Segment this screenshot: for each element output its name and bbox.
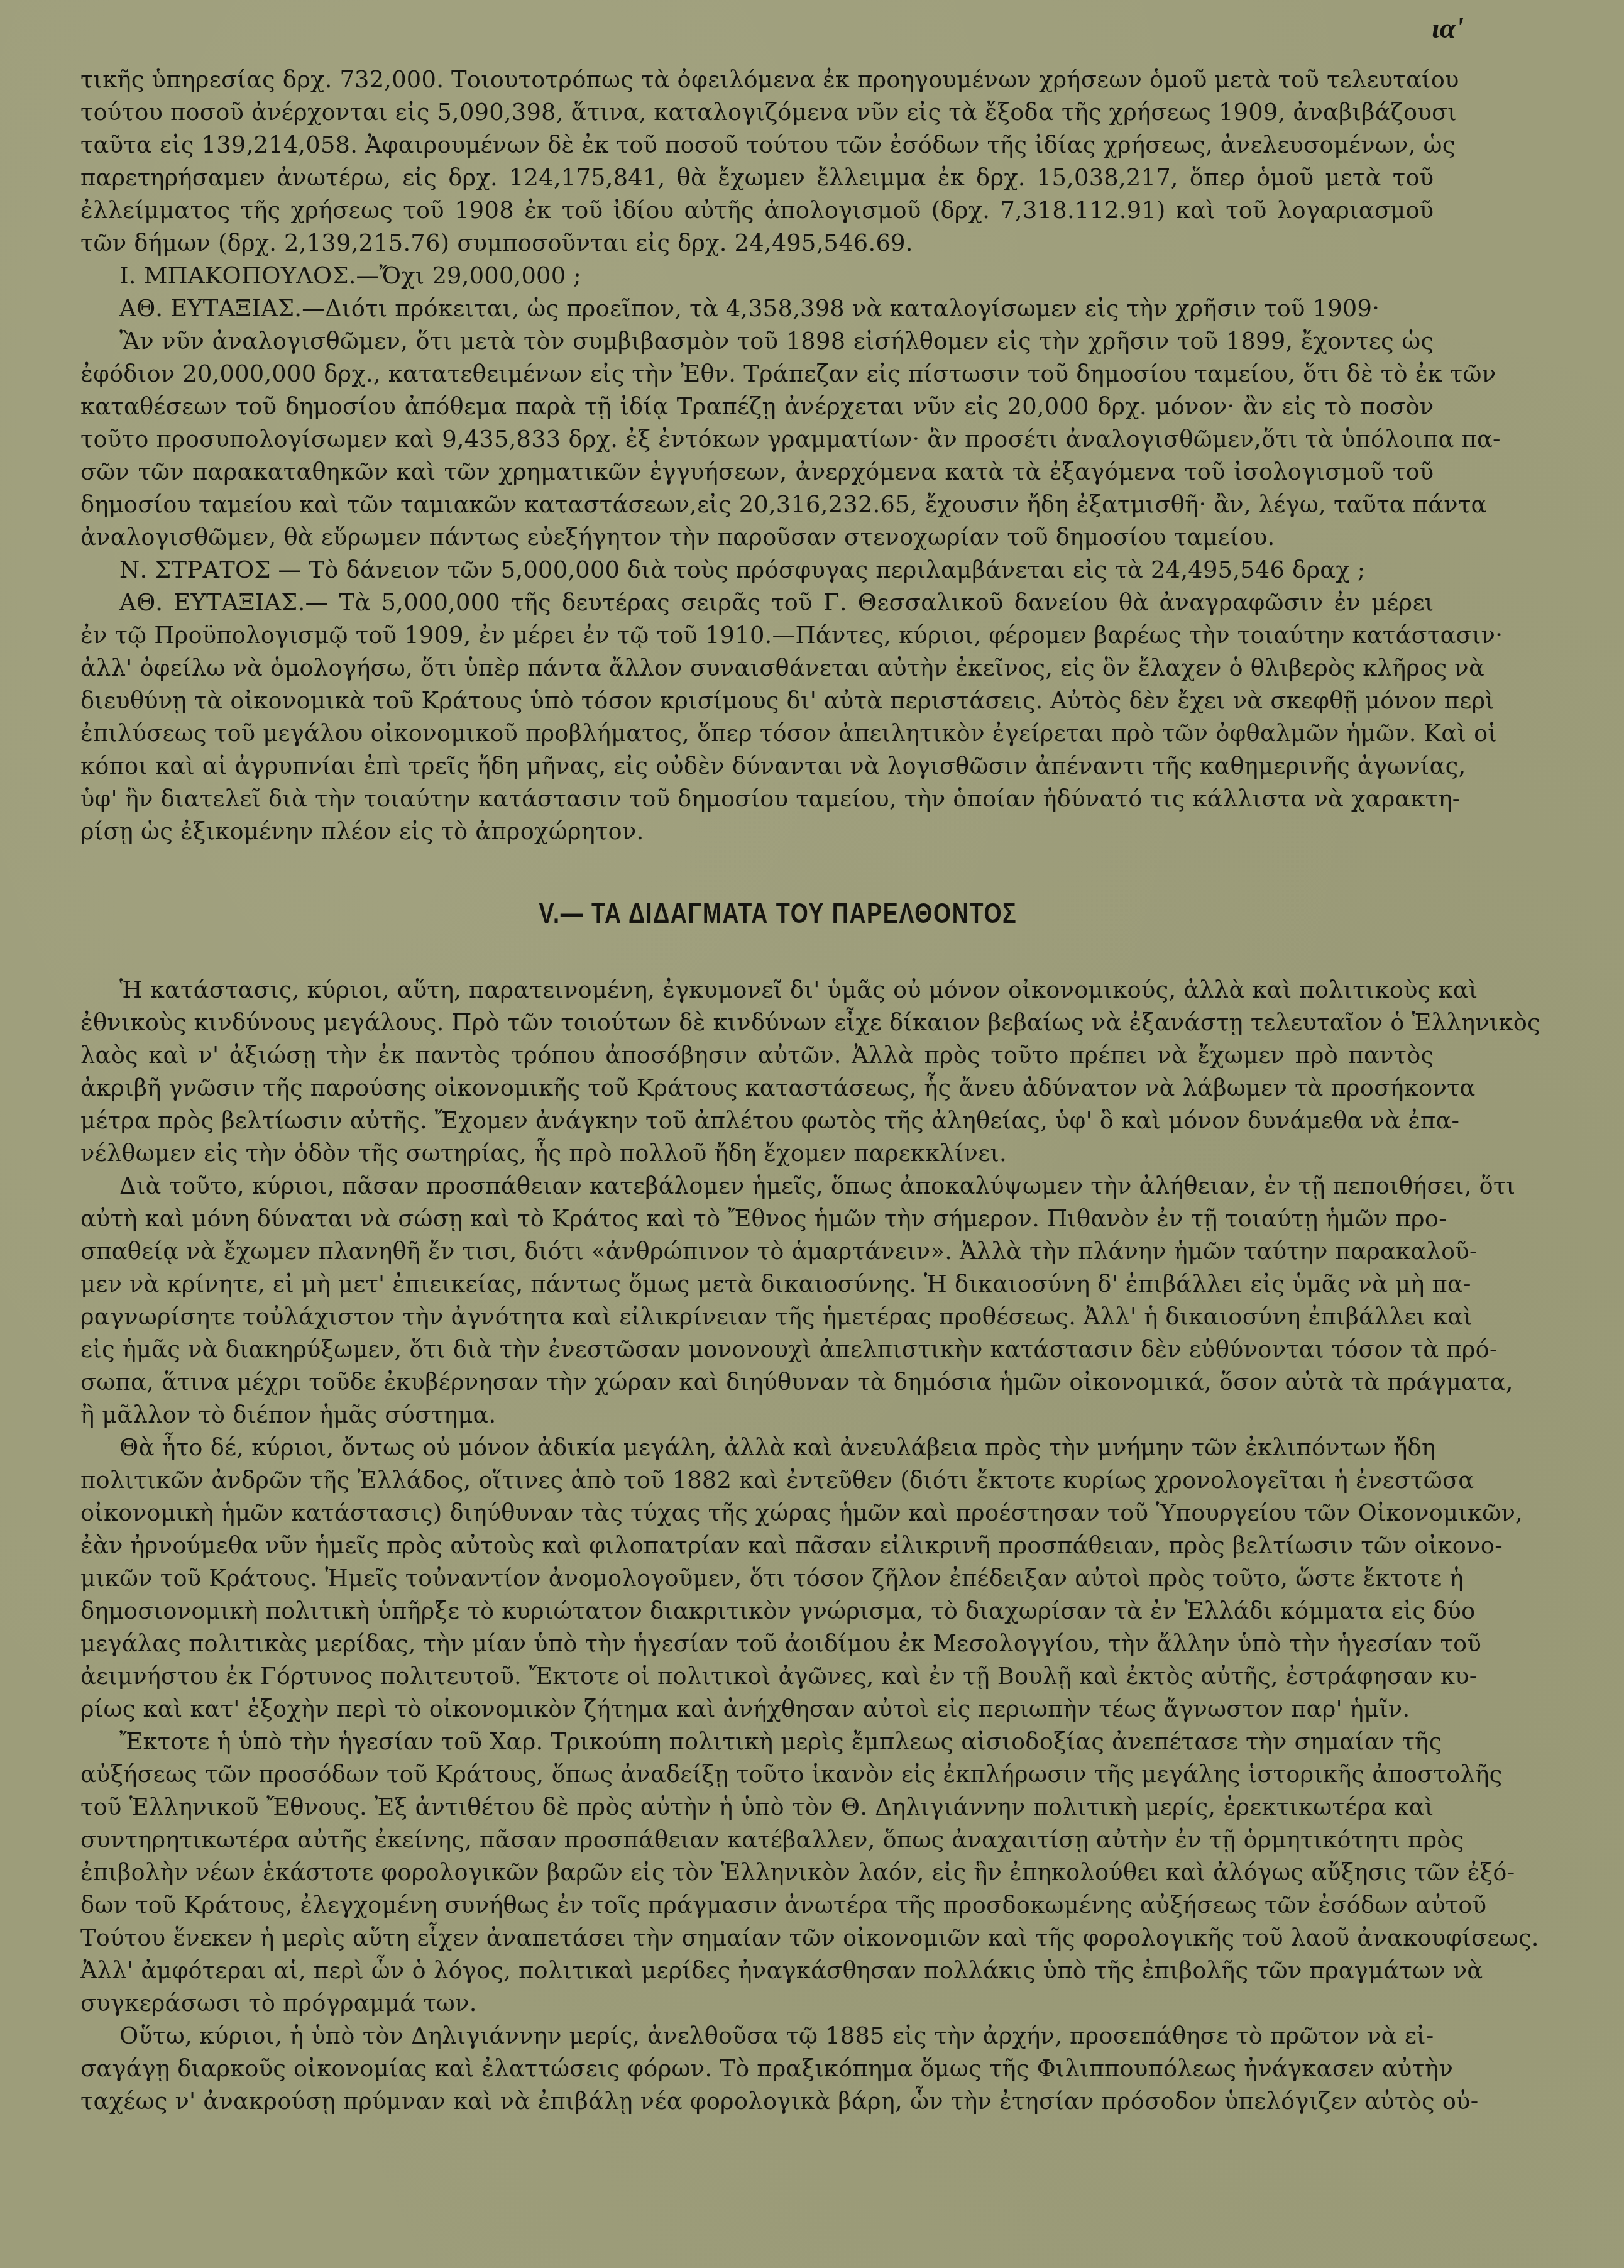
text-line: ἐφόδιον 20,000,000 δρχ., κατατεθειμένων … [80, 357, 1434, 390]
text-line: τοῦ Ἑλληνικοῦ Ἔθνους. Ἐξ ἀντιθέτου δὲ πρ… [80, 1790, 1434, 1823]
text-line: μέτρα πρὸς βελτίωσιν αὐτῆς. Ἔχομεν ἀνάγκ… [80, 1104, 1434, 1137]
text-paragraph: Ἔκτοτε ἡ ὑπὸ τὴν ἡγεσίαν τοῦ Χαρ. Τρικού… [80, 1725, 1476, 2019]
text-line: Οὕτω, κύριοι, ἡ ὑπὸ τὸν Δηλιγιάννην μερί… [80, 2019, 1434, 2052]
text-line: Τούτου ἕνεκεν ἡ μερὶς αὕτη εἶχεν ἀναπετά… [80, 1921, 1434, 1954]
text-line: μεγάλας πολιτικὰς μερίδας, τὴν μίαν ὑπὸ … [80, 1627, 1434, 1660]
text-line: αὐξήσεως τῶν προσόδων τοῦ Κράτους, ὅπως … [80, 1758, 1434, 1790]
text-line: σπαθείᾳ νὰ ἔχωμεν πλανηθῆ ἔν τισι, διότι… [80, 1235, 1434, 1267]
text-line: ἀλλ' ὀφείλω νὰ ὁμολογήσω, ὅτι ὑπὲρ πάντα… [80, 651, 1434, 684]
text-line: Ἂν νῦν ἀναλογισθῶμεν, ὅτι μετὰ τὸν συμβι… [80, 324, 1434, 357]
text-line: ἐν τῷ Προϋπολογισμῷ τοῦ 1909, ἐν μέρει ἐ… [80, 619, 1434, 651]
text-paragraph: Ἂν νῦν ἀναλογισθῶμεν, ὅτι μετὰ τὸν συμβι… [80, 324, 1476, 553]
text-line: ταῦτα εἰς 139,214,058. Ἀφαιρουμένων δὲ ἐ… [80, 128, 1434, 161]
text-line: καταθέσεων τοῦ δημοσίου ἀπόθεμα παρὰ τῇ … [80, 390, 1434, 422]
text-paragraph: Θὰ ἦτο δέ, κύριοι, ὄντως οὐ μόνον ἀδικία… [80, 1431, 1476, 1725]
text-line: αὐτὴ καὶ μόνη δύναται νὰ σώσῃ καὶ τὸ Κρά… [80, 1202, 1434, 1235]
text-line: ἐπιλύσεως τοῦ μεγάλου οἰκονομικοῦ προβλή… [80, 717, 1434, 749]
text-line: ραγνωρίσητε τοὐλάχιστον τὴν ἀγνότητα καὶ… [80, 1300, 1434, 1333]
text-line: ἐλλείμματος τῆς χρήσεως τοῦ 1908 ἐκ τοῦ … [80, 194, 1434, 226]
dialogue-paragraph: Ι. ΜΠΑΚΟΠΟΥΛΟΣ.—Ὄχι 29,000,000 ; [80, 259, 1476, 292]
text-line: εἰς ἡμᾶς νὰ διακηρύξωμεν, ὅτι διὰ τὴν ἐν… [80, 1333, 1434, 1365]
text-line: δημοσιονομικὴ πολιτικὴ ὑπῆρξε τὸ κυριώτα… [80, 1594, 1434, 1627]
text-line: τοῦτο προσυπολογίσωμεν καὶ 9,435,833 δρχ… [80, 422, 1434, 455]
text-line: συγκεράσωσι τὸ πρόγραμμά των. [80, 1986, 1434, 2019]
text-line: Ι. ΜΠΑΚΟΠΟΥΛΟΣ.—Ὄχι 29,000,000 ; [80, 259, 1434, 292]
text-line: Ἀλλ' ἀμφότεραι αἱ, περὶ ὧν ὁ λόγος, πολι… [80, 1954, 1434, 1986]
dialogue-paragraph: Ν. ΣΤΡΑΤΟΣ — Τὸ δάνειον τῶν 5,000,000 δι… [80, 553, 1476, 586]
text-line: δημοσίου ταμείου καὶ τῶν ταμιακῶν καταστ… [80, 488, 1434, 520]
text-line: ρίως καὶ κατ' ἐξοχὴν περὶ τὸ οἰκονομικὸν… [80, 1692, 1434, 1725]
text-line: μικῶν τοῦ Κράτους. Ἡμεῖς τοὐναντίον ἀνομ… [80, 1561, 1434, 1594]
text-paragraph: Ἡ κατάστασις, κύριοι, αὕτη, παρατεινομέν… [80, 973, 1476, 1169]
page-number: ια' [1432, 11, 1464, 45]
text-line: Ν. ΣΤΡΑΤΟΣ — Τὸ δάνειον τῶν 5,000,000 δι… [80, 553, 1434, 586]
text-line: Ἔκτοτε ἡ ὑπὸ τὴν ἡγεσίαν τοῦ Χαρ. Τρικού… [80, 1725, 1434, 1758]
text-line: οἰκονομικὴ ἡμῶν κατάστασις) διηύθυναν τὰ… [80, 1496, 1434, 1529]
pre-section-text: τικῆς ὑπηρεσίας δρχ. 732,000. Τοιουτοτρό… [80, 63, 1476, 847]
document-body: τικῆς ὑπηρεσίας δρχ. 732,000. Τοιουτοτρό… [80, 63, 1476, 2117]
text-line: ΑΘ. ΕΥΤΑΞΙΑΣ.—Διότι πρόκειται, ὡς προεῖπ… [80, 292, 1434, 324]
text-line: συντηρητικωτέρα αὐτῆς ἐκείνης, πᾶσαν προ… [80, 1823, 1434, 1856]
text-line: μεν νὰ κρίνητε, εἰ μὴ μετ' ἐπιεικείας, π… [80, 1267, 1434, 1300]
dialogue-paragraph: ΑΘ. ΕΥΤΑΞΙΑΣ.— Τὰ 5,000,000 τῆς δευτέρας… [80, 586, 1476, 847]
text-line: ρίσῃ ὡς ἐξικομένην πλέον εἰς τὸ ἀπροχώρη… [80, 815, 1434, 847]
text-line: τούτου ποσοῦ ἀνέρχονται εἰς 5,090,398, ἅ… [80, 96, 1434, 128]
text-line: κόποι καὶ αἱ ἀγρυπνίαι ἐπὶ τρεῖς ἤδη μῆν… [80, 749, 1434, 782]
text-line: ἀκριβῆ γνῶσιν τῆς παρούσης οἰκονομικῆς τ… [80, 1071, 1434, 1104]
text-line: λαὸς καὶ ν' ἀξιώσῃ τὴν ἐκ παντὸς τρόπου … [80, 1038, 1434, 1071]
text-line: διευθύνῃ τὰ οἰκονομικὰ τοῦ Κράτους ὑπὸ τ… [80, 684, 1434, 717]
text-paragraph: τικῆς ὑπηρεσίας δρχ. 732,000. Τοιουτοτρό… [80, 63, 1476, 259]
text-line: σῶν τῶν παρακαταθηκῶν καὶ τῶν χρηματικῶν… [80, 455, 1434, 488]
text-line: πολιτικῶν ἀνδρῶν τῆς Ἑλλάδος, οἵτινες ἀπ… [80, 1463, 1434, 1496]
text-line: ἀειμνήστου ἐκ Γόρτυνος πολιτευτοῦ. Ἔκτοτ… [80, 1660, 1434, 1692]
text-line: σωπα, ἅτινα μέχρι τοῦδε ἐκυβέρνησαν τὴν … [80, 1365, 1434, 1398]
text-line: ταχέως ν' ἀνακρούσῃ πρύμναν καὶ νὰ ἐπιβά… [80, 2084, 1434, 2117]
text-line: σαγάγῃ διαρκοῦς οἰκονομίας καὶ ἐλαττώσει… [80, 2052, 1434, 2084]
text-line: ὑφ' ἣν διατελεῖ διὰ τὴν τοιαύτην κατάστα… [80, 782, 1434, 815]
text-line: Ἡ κατάστασις, κύριοι, αὕτη, παρατεινομέν… [80, 973, 1434, 1006]
text-line: ἐθνικοὺς κινδύνους μεγάλους. Πρὸ τῶν τοι… [80, 1006, 1434, 1038]
text-line: Θὰ ἦτο δέ, κύριοι, ὄντως οὐ μόνον ἀδικία… [80, 1431, 1434, 1463]
text-paragraph: Διὰ τοῦτο, κύριοι, πᾶσαν προσπάθειαν κατ… [80, 1169, 1476, 1431]
text-line: νέλθωμεν εἰς τὴν ὁδὸν τῆς σωτηρίας, ἧς π… [80, 1137, 1434, 1169]
text-line: ἐὰν ἠρνούμεθα νῦν ἡμεῖς πρὸς αὐτοὺς καὶ … [80, 1529, 1434, 1561]
text-line: ἐπιβολὴν νέων ἑκάστοτε φορολογικῶν βαρῶν… [80, 1856, 1434, 1888]
text-paragraph: Οὕτω, κύριοι, ἡ ὑπὸ τὸν Δηλιγιάννην μερί… [80, 2019, 1476, 2117]
section-heading: V.— ΤΑ ΔΙΔΑΓΜΑΤΑ ΤΟΥ ΠΑΡΕΛΘΟΝΤΟΣ [206, 895, 1350, 933]
dialogue-paragraph: ΑΘ. ΕΥΤΑΞΙΑΣ.—Διότι πρόκειται, ὡς προεῖπ… [80, 292, 1476, 324]
text-line: ΑΘ. ΕΥΤΑΞΙΑΣ.— Τὰ 5,000,000 τῆς δευτέρας… [80, 586, 1434, 619]
text-line: δων τοῦ Κράτους, ἐλεγχομένη συνήθως ἐν τ… [80, 1888, 1434, 1921]
text-line: ἢ μᾶλλον τὸ διέπον ἡμᾶς σύστημα. [80, 1398, 1434, 1431]
text-line: τικῆς ὑπηρεσίας δρχ. 732,000. Τοιουτοτρό… [80, 63, 1434, 96]
text-line: Διὰ τοῦτο, κύριοι, πᾶσαν προσπάθειαν κατ… [80, 1169, 1434, 1202]
section-text: Ἡ κατάστασις, κύριοι, αὕτη, παρατεινομέν… [80, 973, 1476, 2117]
text-line: παρετηρήσαμεν ἀνωτέρω, εἰς δρχ. 124,175,… [80, 161, 1434, 194]
text-line: ἀναλογισθῶμεν, θὰ εὕρωμεν πάντως εὐεξήγη… [80, 520, 1434, 553]
text-line: τῶν δήμων (δρχ. 2,139,215.76) συμποσοῦντ… [80, 226, 1434, 259]
